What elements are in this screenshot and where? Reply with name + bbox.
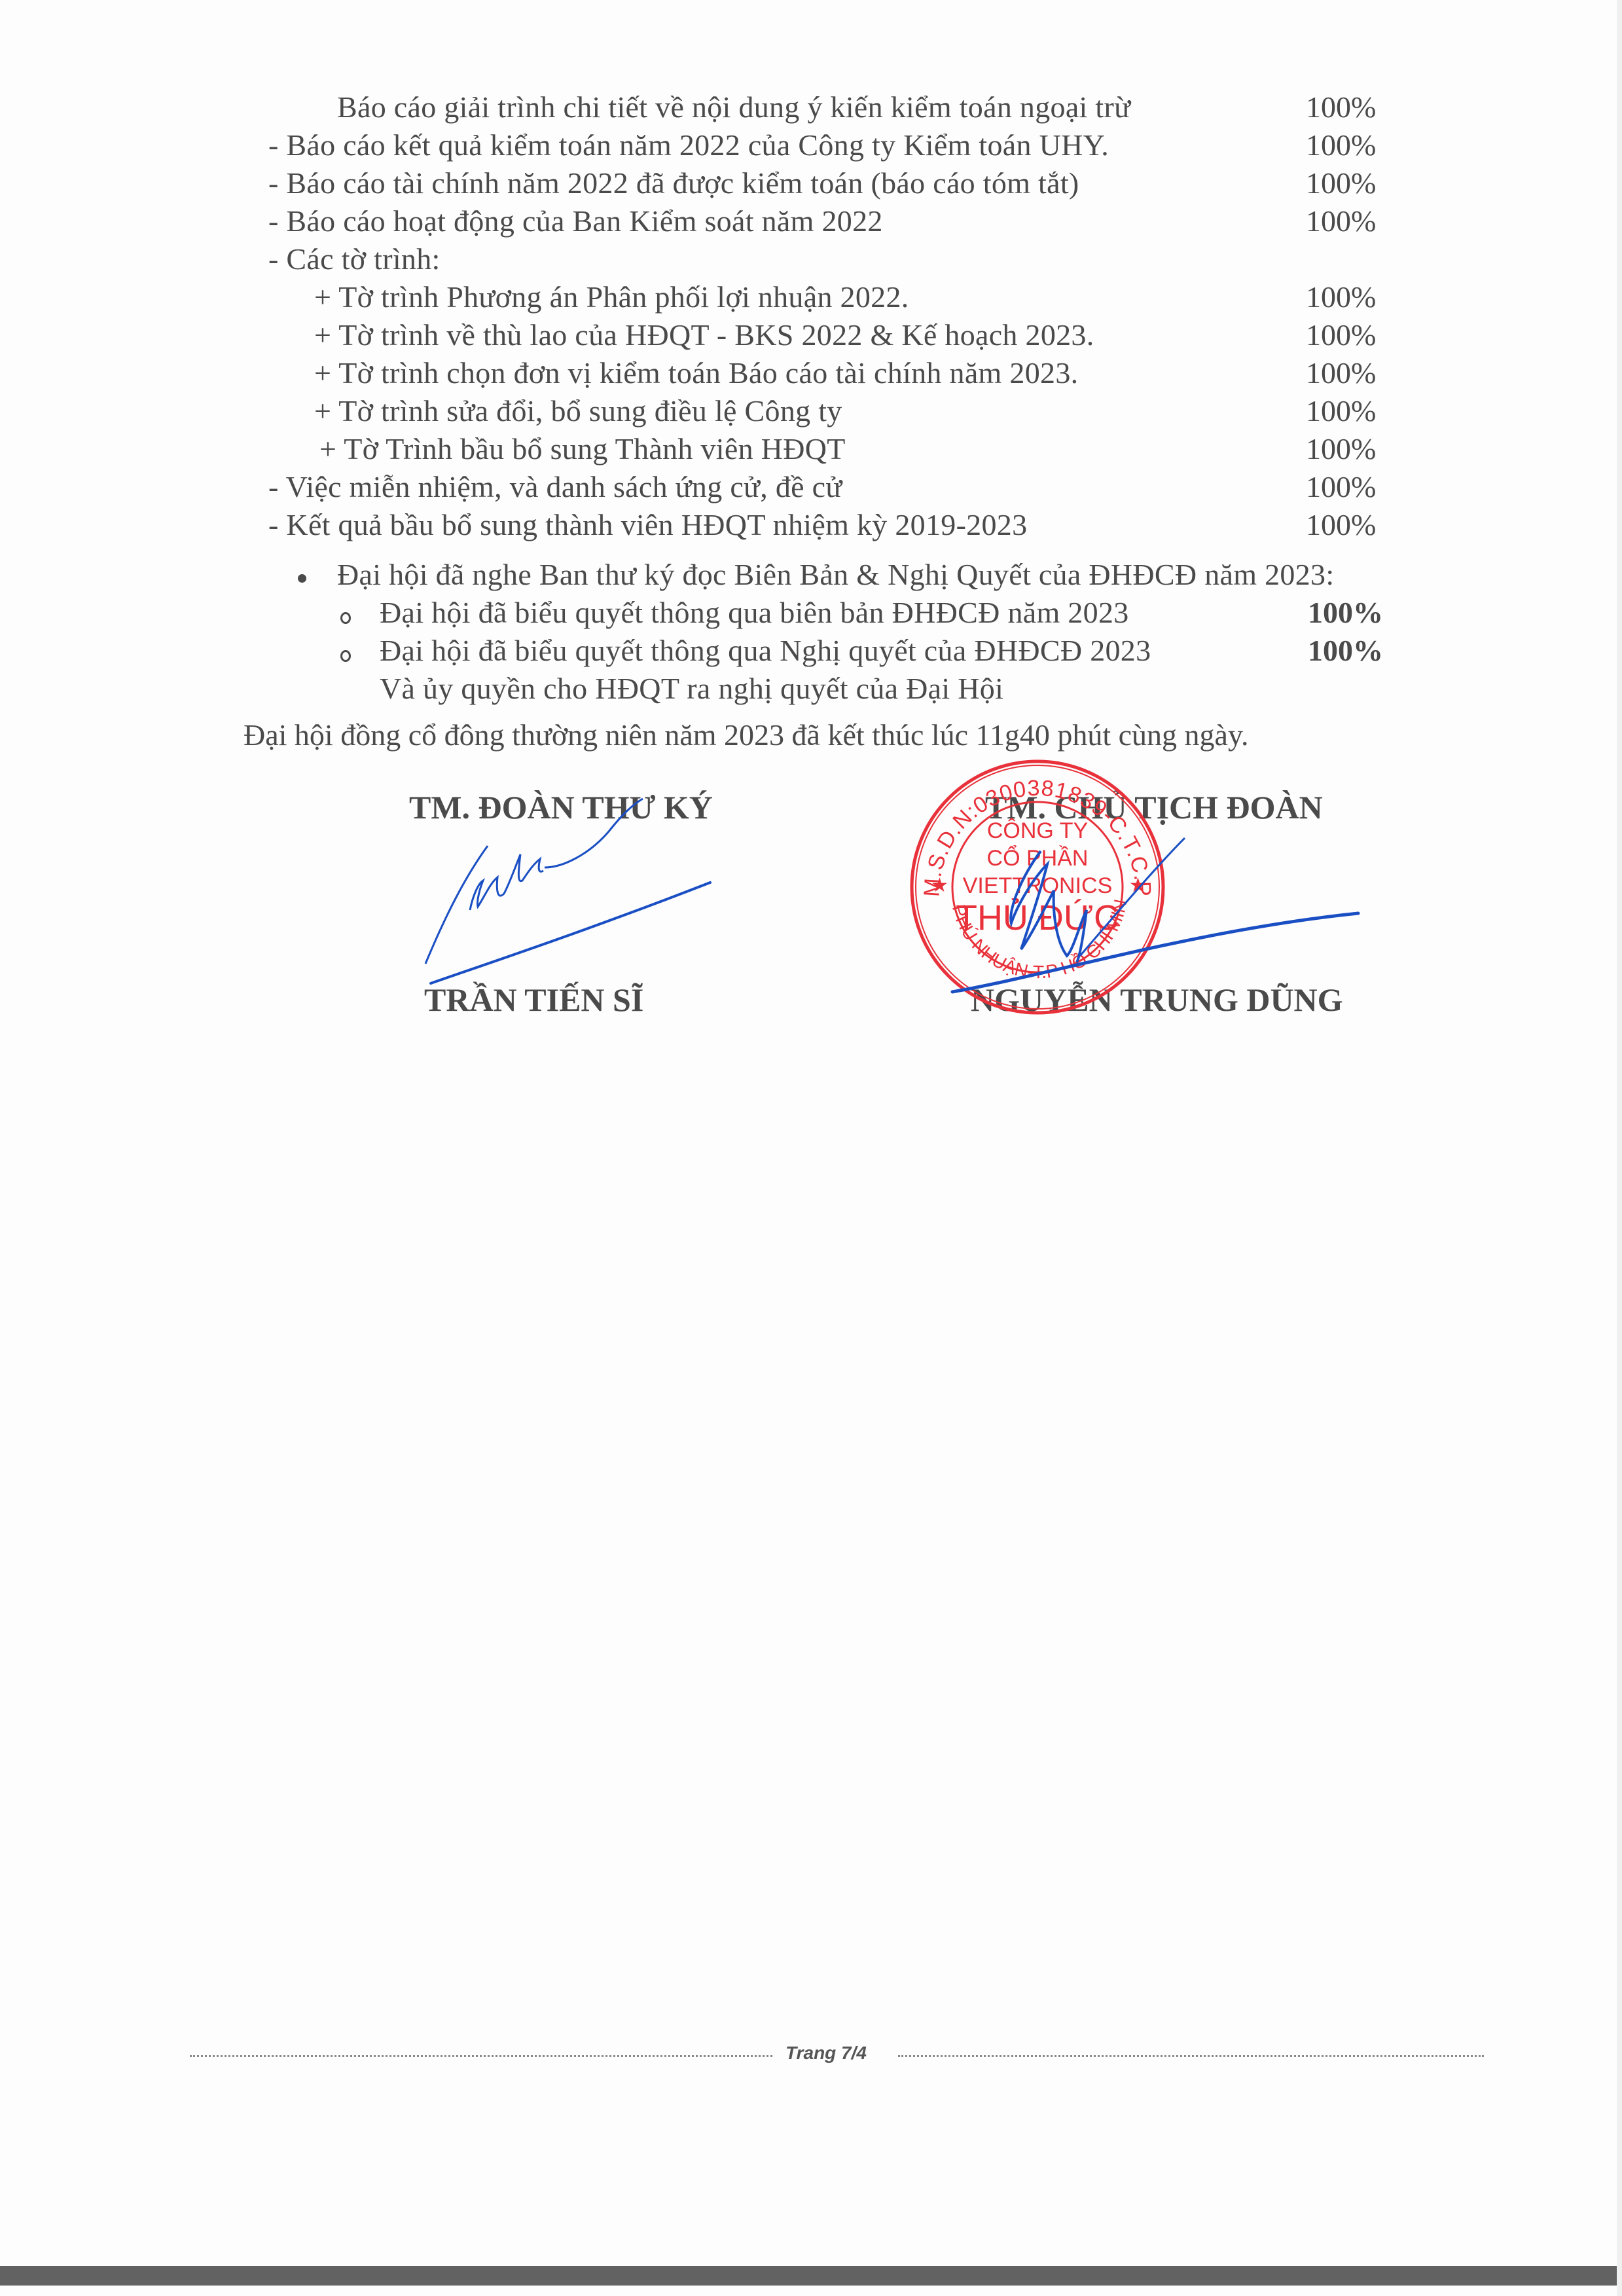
item-text: + Tờ Trình bầu bổ sung Thành viên HĐQT xyxy=(319,430,846,468)
item-text: - Báo cáo tài chính năm 2022 đã được kiể… xyxy=(268,164,1079,202)
sub-item-text: Đại hội đã biểu quyết thông qua biên bản… xyxy=(380,594,1129,632)
svg-text:★: ★ xyxy=(931,874,948,897)
left-signature-icon xyxy=(393,786,720,995)
item-value: 100% xyxy=(1306,506,1376,544)
item-value: 100% xyxy=(1306,468,1376,506)
item-text: + Tờ trình Phương án Phân phối lợi nhuận… xyxy=(314,278,909,316)
footer-divider-right xyxy=(898,2055,1484,2057)
item-value: 100% xyxy=(1306,392,1376,430)
closing-statement: Đại hội đồng cổ đông thường niên năm 202… xyxy=(243,716,1248,754)
circle-bullet-icon xyxy=(340,612,351,624)
item-value: 100% xyxy=(1306,316,1376,354)
item-text: - Báo cáo kết quả kiểm toán năm 2022 của… xyxy=(268,126,1109,164)
right-signature-icon xyxy=(949,825,1368,1002)
item-value: 100% xyxy=(1306,278,1376,316)
sub-item-value: 100% xyxy=(1308,594,1383,632)
sub-item-text: Đại hội đã biểu quyết thông qua Nghị quy… xyxy=(380,632,1151,670)
item-value: 100% xyxy=(1306,126,1376,164)
item-value: 100% xyxy=(1306,354,1376,392)
item-value: 100% xyxy=(1306,164,1376,202)
sub-item-continuation: Và ủy quyền cho HĐQT ra nghị quyết của Đ… xyxy=(380,670,1003,708)
page-number: Trang 7/4 xyxy=(785,2043,867,2064)
item-text: - Việc miễn nhiệm, và danh sách ứng cử, … xyxy=(268,468,842,506)
item-value: 100% xyxy=(1306,430,1376,468)
footer-divider-left xyxy=(190,2055,772,2057)
scan-right-edge xyxy=(1617,0,1622,2296)
item-value: 100% xyxy=(1306,88,1376,126)
item-text: + Tờ trình về thù lao của HĐQT - BKS 202… xyxy=(314,316,1094,354)
item-text: + Tờ trình sửa đổi, bổ sung điều lệ Công… xyxy=(314,392,842,430)
item-text: - Kết quả bầu bổ sung thành viên HĐQT nh… xyxy=(268,506,1027,544)
bullet-icon xyxy=(298,574,306,583)
item-text: - Báo cáo hoạt động của Ban Kiểm soát nă… xyxy=(268,202,883,240)
item-text: Báo cáo giải trình chi tiết về nội dung … xyxy=(337,88,1130,126)
item-text: - Các tờ trình: xyxy=(268,240,441,278)
circle-bullet-icon xyxy=(340,650,351,662)
item-value: 100% xyxy=(1306,202,1376,240)
document-page: Báo cáo giải trình chi tiết về nội dung … xyxy=(0,0,1622,2296)
item-text: + Tờ trình chọn đơn vị kiểm toán Báo cáo… xyxy=(314,354,1078,392)
scan-bottom-band xyxy=(0,2266,1622,2286)
sub-item-value: 100% xyxy=(1308,632,1383,670)
bullet-text: Đại hội đã nghe Ban thư ký đọc Biên Bản … xyxy=(337,556,1334,594)
